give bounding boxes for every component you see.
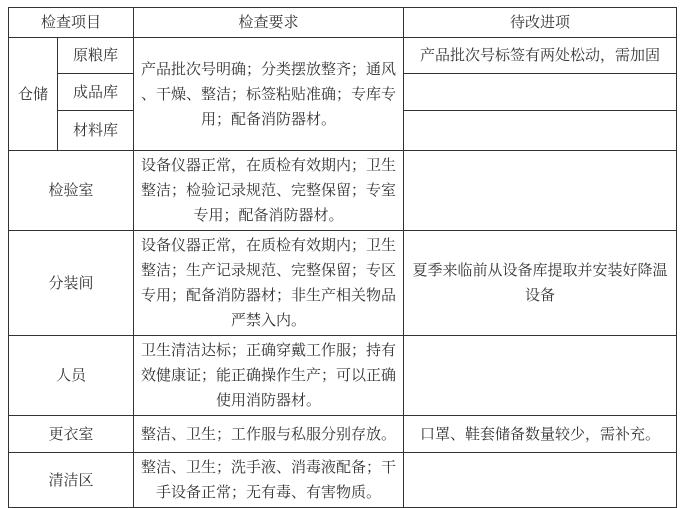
storage-sub-label-finished: 成品库 xyxy=(58,74,134,111)
header-requirement: 检查要求 xyxy=(134,8,404,38)
table-row-cleaning-area: 清洁区 整洁、卫生；洗手液、消毒液配备；干手设备正常；无有毒、有害物质。 xyxy=(9,453,677,508)
storage-improvement-finished xyxy=(404,74,677,111)
table-row-staff: 人员 卫生清洁达标；正确穿戴工作服；持有效健康证；能正确操作生产；可以正确使用消… xyxy=(9,336,677,416)
table-row-packing: 分装间 设备仪器正常，在质检有效期内；卫生整洁；生产记录规范、完整保留；专区专用… xyxy=(9,231,677,336)
table-header-row: 检查项目 检查要求 待改进项 xyxy=(9,8,677,38)
staff-improvement xyxy=(404,336,677,416)
storage-improvement-material xyxy=(404,111,677,151)
staff-label: 人员 xyxy=(9,336,134,416)
packing-requirement: 设备仪器正常，在质检有效期内；卫生整洁；生产记录规范、完整保留；专区专用；配备消… xyxy=(134,231,404,336)
lab-improvement xyxy=(404,151,677,231)
storage-sub-label-material: 材料库 xyxy=(58,111,134,151)
dressing-room-label: 更衣室 xyxy=(9,416,134,453)
table-row-lab: 检验室 设备仪器正常，在质检有效期内；卫生整洁；检验记录规范、完整保留；专室专用… xyxy=(9,151,677,231)
packing-improvement: 夏季来临前从设备库提取并安装好降温设备 xyxy=(404,231,677,336)
lab-label: 检验室 xyxy=(9,151,134,231)
dressing-room-requirement: 整洁、卫生；工作服与私服分别存放。 xyxy=(134,416,404,453)
cleaning-area-requirement: 整洁、卫生；洗手液、消毒液配备；干手设备正常；无有毒、有害物质。 xyxy=(134,453,404,508)
storage-improvement-raw-grain: 产品批次号标签有两处松动，需加固 xyxy=(404,38,677,74)
lab-requirement: 设备仪器正常，在质检有效期内；卫生整洁；检验记录规范、完整保留；专室专用；配备消… xyxy=(134,151,404,231)
inspection-table: 检查项目 检查要求 待改进项 仓储 原粮库 产品批次号明确；分类摆放整齐；通风、… xyxy=(8,7,677,508)
cleaning-area-label: 清洁区 xyxy=(9,453,134,508)
cleaning-area-improvement xyxy=(404,453,677,508)
table-row-dressing-room: 更衣室 整洁、卫生；工作服与私服分别存放。 口罩、鞋套储备数量较少，需补充。 xyxy=(9,416,677,453)
storage-requirement: 产品批次号明确；分类摆放整齐；通风、干燥、整洁；标签粘贴准确；专库专用；配备消防… xyxy=(134,38,404,151)
header-item: 检查项目 xyxy=(9,8,134,38)
table-row-storage-raw-grain: 仓储 原粮库 产品批次号明确；分类摆放整齐；通风、干燥、整洁；标签粘贴准确；专库… xyxy=(9,38,677,74)
header-improvement: 待改进项 xyxy=(404,8,677,38)
storage-group-label: 仓储 xyxy=(9,38,58,151)
dressing-room-improvement: 口罩、鞋套储备数量较少，需补充。 xyxy=(404,416,677,453)
staff-requirement: 卫生清洁达标；正确穿戴工作服；持有效健康证；能正确操作生产；可以正确使用消防器材… xyxy=(134,336,404,416)
packing-label: 分装间 xyxy=(9,231,134,336)
storage-sub-label-raw-grain: 原粮库 xyxy=(58,38,134,74)
